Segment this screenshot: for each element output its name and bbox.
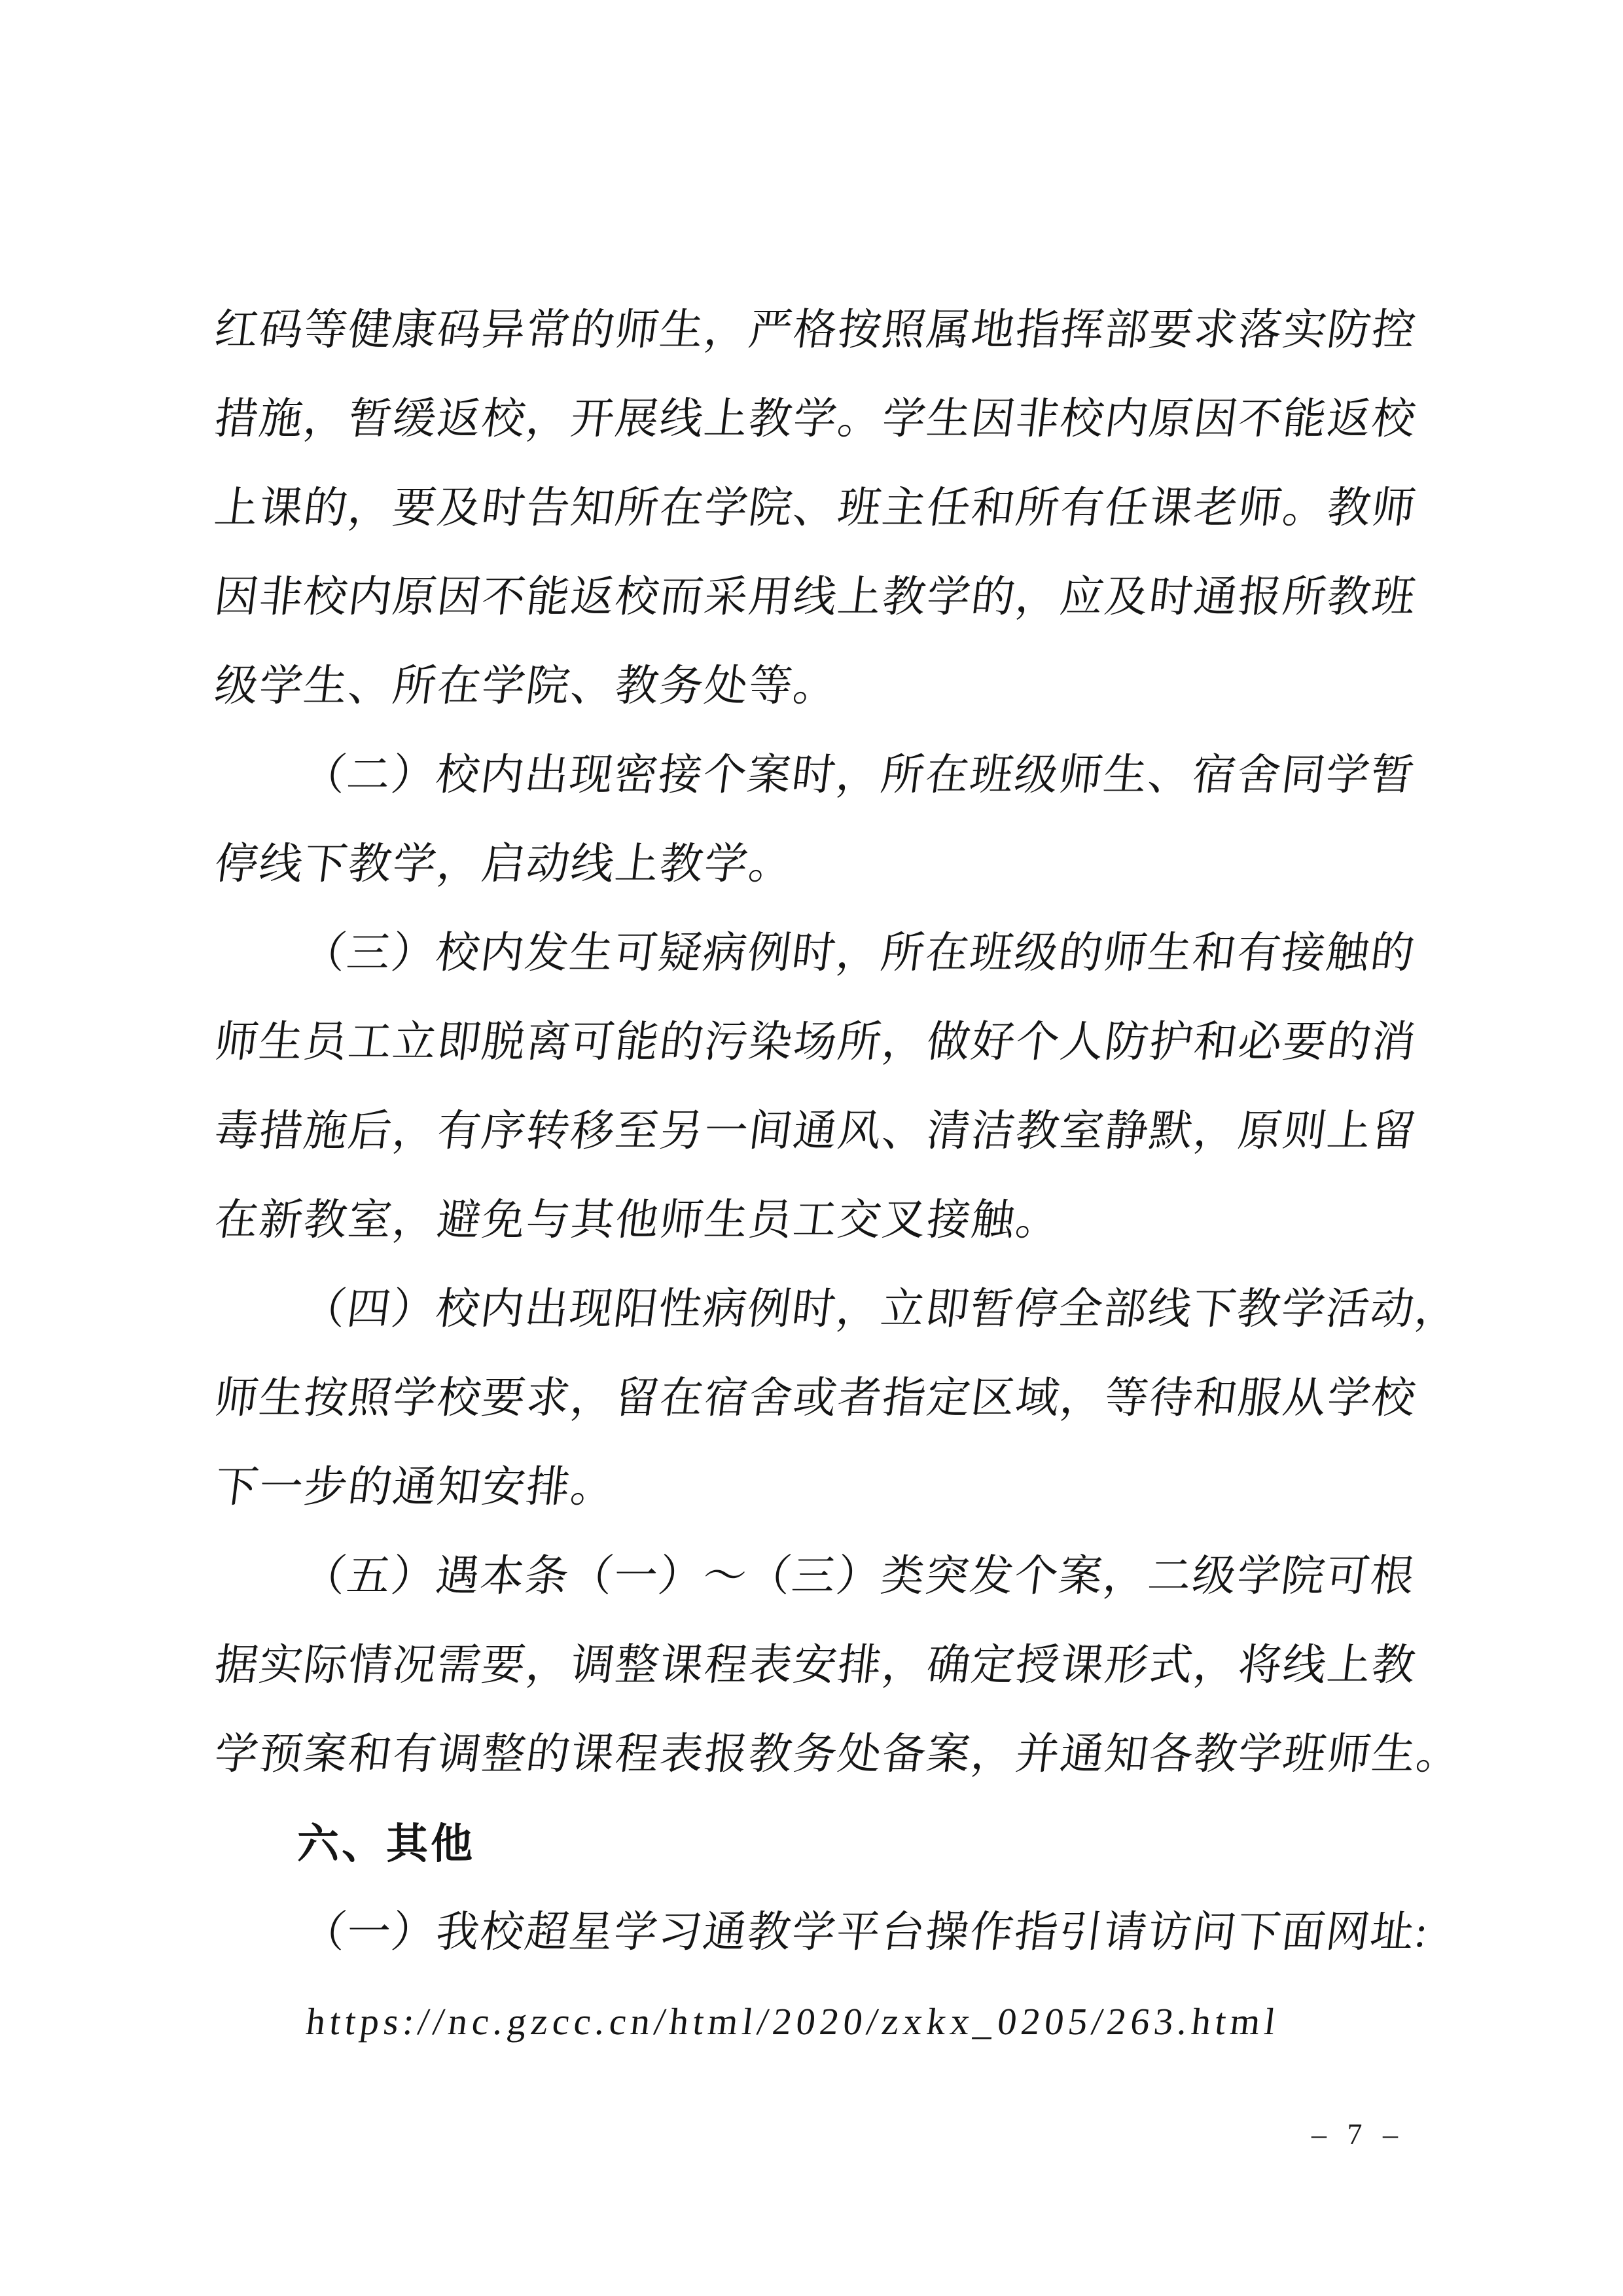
text-line: 上课的，要及时告知所在学院、班主任和所有任课老师。教师 bbox=[209, 464, 1412, 553]
text-line: （三）校内发生可疑病例时，所在班级的师生和有接触的 bbox=[209, 909, 1412, 998]
text-line: 因非校内原因不能返校而采用线上教学的，应及时通报所教班 bbox=[209, 553, 1412, 642]
page-number: – 7 – bbox=[1276, 2111, 1440, 2157]
text-line: 下一步的通知安排。 bbox=[209, 1443, 1412, 1532]
text-line: 师生按照学校要求，留在宿舍或者指定区域，等待和服从学校 bbox=[209, 1354, 1412, 1443]
url-line: https://nc.gzcc.cn/html/2020/zxkx_0205/2… bbox=[209, 1977, 1412, 2066]
text-line: 据实际情况需要，调整课程表安排，确定授课形式，将线上教 bbox=[209, 1621, 1412, 1710]
text-line: （二）校内出现密接个案时，所在班级师生、宿舍同学暂 bbox=[209, 731, 1412, 820]
document-page: 红码等健康码异常的师生，严格按照属地指挥部要求落实防控措施，暂缓返校，开展线上教… bbox=[0, 0, 1623, 2296]
text-line: 停线下教学，启动线上教学。 bbox=[209, 820, 1412, 909]
text-line: 毒措施后，有序转移至另一间通风、清洁教室静默，原则上留 bbox=[209, 1087, 1412, 1176]
section-heading: 六、其他 bbox=[209, 1799, 1400, 1888]
text-line: 在新教室，避免与其他师生员工交叉接触。 bbox=[209, 1176, 1412, 1265]
text-line: （四）校内出现阳性病例时，立即暂停全部线下教学活动， bbox=[209, 1265, 1412, 1354]
text-line: 师生员工立即脱离可能的污染场所，做好个人防护和必要的消 bbox=[209, 998, 1412, 1087]
text-line: 学预案和有调整的课程表报教务处备案，并通知各教学班师生。 bbox=[209, 1710, 1412, 1799]
text-line: （一）我校超星学习通教学平台操作指引请访问下面网址: bbox=[209, 1888, 1412, 1977]
text-line: 措施，暂缓返校，开展线上教学。学生因非校内原因不能返校 bbox=[209, 375, 1412, 464]
document-body: 红码等健康码异常的师生，严格按照属地指挥部要求落实防控措施，暂缓返校，开展线上教… bbox=[209, 286, 1400, 2066]
text-line: 红码等健康码异常的师生，严格按照属地指挥部要求落实防控 bbox=[209, 286, 1412, 375]
text-line: 级学生、所在学院、教务处等。 bbox=[209, 642, 1412, 731]
text-line: （五）遇本条（一）～（三）类突发个案，二级学院可根 bbox=[209, 1532, 1412, 1621]
